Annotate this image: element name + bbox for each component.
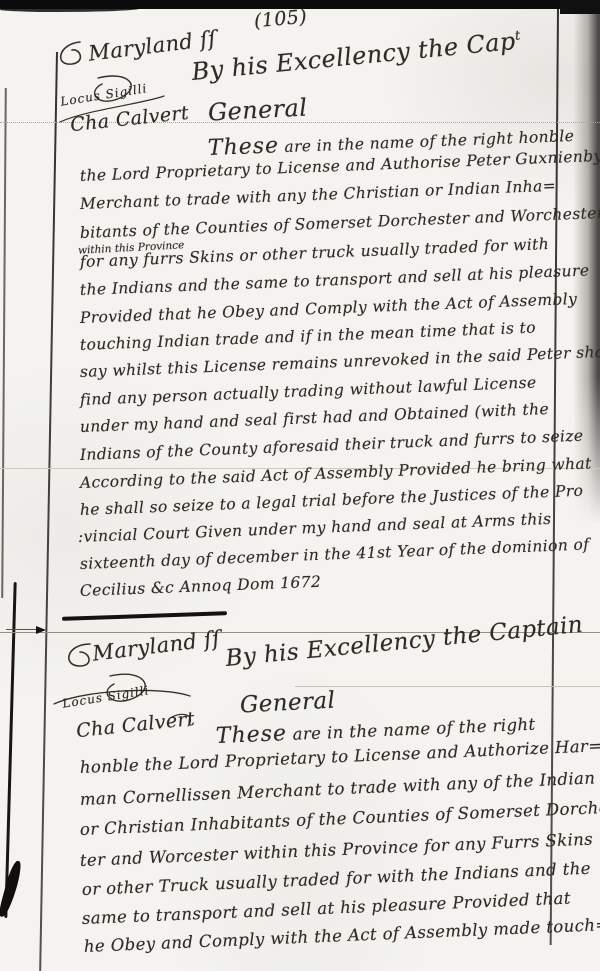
- page-number: (105): [253, 6, 308, 33]
- heading-text: By his Excellency the Cap: [190, 27, 516, 86]
- entry-heading-line1: By his Excellency the Captain: [225, 612, 585, 672]
- margin-arrow-icon: [36, 626, 46, 634]
- manuscript-line: Cecilius &c Annoq Dom 1672: [80, 573, 322, 600]
- fold-line: [295, 686, 600, 687]
- heading-superscript: t: [514, 28, 521, 43]
- entry-heading-line2: General: [239, 688, 336, 719]
- seal-note: Locus Sigilli: [59, 81, 148, 109]
- entry-end-rule: [62, 611, 227, 620]
- margin-arrow-tail: [6, 629, 38, 630]
- signature-cha-calvert: Cha Calvert: [75, 708, 196, 742]
- scan-top-smear: [0, 6, 140, 12]
- page-edge-line: [1, 88, 6, 598]
- scan-corner-dark: [560, 0, 600, 14]
- seal-note: Locus Sigilli: [61, 683, 150, 711]
- lead-word: These: [215, 721, 287, 749]
- ink-blot: [0, 860, 23, 919]
- manuscript-page: (105) Maryland ſſ Locus Sigilli Cha Calv…: [0, 0, 600, 971]
- ruled-margin-line-left: [39, 52, 58, 971]
- entry-heading-line1: By his Excellency the Capt: [190, 26, 522, 86]
- lead-word: These: [207, 133, 279, 161]
- signature-cha-calvert: Cha Calvert: [69, 102, 190, 136]
- entry-heading-line2: General: [207, 93, 308, 126]
